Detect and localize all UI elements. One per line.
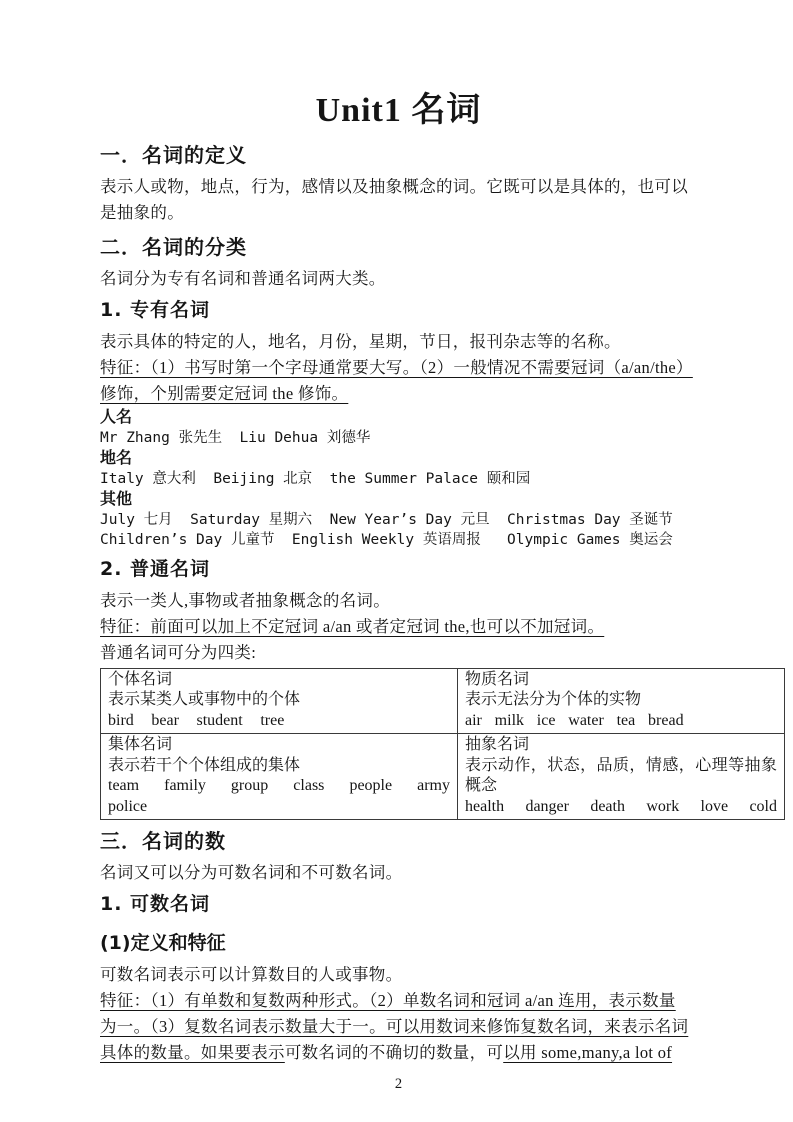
noun-type-description: 表示无法分为个体的实物 [465, 690, 777, 711]
noun-type-examples: police [108, 797, 450, 818]
noun-type-description: 表示动作，状态，品质，情感，心理等抽象概念 [465, 756, 777, 797]
countable-noun-description: 可数名词表示可以计算数目的人或事物。 [100, 962, 697, 988]
noun-type-name: 物质名词 [465, 670, 777, 691]
subsection-heading-common-nouns: 2. 普通名词 [100, 557, 697, 582]
classification-intro: 名词分为专有名词和普通名词两大类。 [100, 266, 697, 292]
noun-type-examples: air milk ice water tea bread [465, 711, 777, 732]
proper-noun-feature-line: 特征：（1）书写时第一个字母通常要大写。（2）一般情况不需要冠词（a/an/th… [100, 355, 697, 381]
common-noun-feature: 特征：前面可以加上不定冠词 a/an 或者定冠词 the,也可以不加冠词。 [100, 614, 697, 640]
material-noun-cell: 物质名词 表示无法分为个体的实物 air milk ice water tea … [458, 668, 785, 734]
feature-plain-segment: 可数名词的不确切的数量，可 [285, 1043, 503, 1062]
feature-underlined-segment: 以用 some,many,a lot of [503, 1043, 672, 1062]
noun-type-examples: health danger death work love cold [465, 797, 777, 818]
other-names-label: 其他 [100, 489, 697, 510]
place-names-examples: Italy 意大利 Beijing 北京 the Summer Palace 颐… [100, 469, 697, 490]
definition-body-line: 是抽象的。 [100, 200, 697, 226]
noun-type-examples: team family group class people army [108, 776, 450, 797]
abstract-noun-cell: 抽象名词 表示动作，状态，品质，情感，心理等抽象概念 health danger… [458, 734, 785, 820]
common-noun-table-intro: 普通名词可分为四类: [100, 640, 697, 666]
feature-underlined-segment: 具体的数量。如果要表示 [100, 1043, 285, 1062]
noun-type-examples: bird bear student tree [108, 711, 450, 732]
countable-feature-line: 特征：（1）有单数和复数两种形式。（2）单数名词和冠词 a/an 连用，表示数量 [100, 988, 697, 1014]
proper-noun-description: 表示具体的特定的人，地名，月份，星期，节日，报刊杂志等的名称。 [100, 329, 697, 355]
person-names-examples: Mr Zhang 张先生 Liu Dehua 刘德华 [100, 428, 697, 449]
page-content: Unit1 名词 一．名词的定义 表示人或物，地点，行为，感情以及抽象概念的词。… [100, 0, 697, 1094]
noun-type-name: 个体名词 [108, 670, 450, 691]
noun-type-name: 集体名词 [108, 735, 450, 756]
page-number: 2 [100, 1074, 697, 1094]
section-heading-noun-definition: 一．名词的定义 [100, 142, 697, 168]
noun-type-description: 表示某类人或事物中的个体 [108, 690, 450, 711]
table-row: 个体名词 表示某类人或事物中的个体 bird bear student tree… [101, 668, 785, 734]
countable-definition-heading: (1)定义和特征 [100, 931, 697, 956]
document-page: Unit1 名词 一．名词的定义 表示人或物，地点，行为，感情以及抽象概念的词。… [0, 0, 793, 1122]
page-title: Unit1 名词 [100, 90, 697, 132]
definition-body-line: 表示人或物，地点，行为，感情以及抽象概念的词。它既可以是具体的，也可以 [100, 174, 697, 200]
subsection-heading-proper-nouns: 1. 专有名词 [100, 298, 697, 323]
person-names-label: 人名 [100, 407, 697, 428]
individual-noun-cell: 个体名词 表示某类人或事物中的个体 bird bear student tree [101, 668, 458, 734]
common-noun-description: 表示一类人,事物或者抽象概念的名词。 [100, 588, 697, 614]
table-row: 集体名词 表示若干个个体组成的集体 team family group clas… [101, 734, 785, 820]
other-names-examples: July 七月 Saturday 星期六 New Year’s Day 元旦 C… [100, 510, 697, 531]
subsection-heading-countable-nouns: 1. 可数名词 [100, 892, 697, 917]
noun-type-description: 表示若干个个体组成的集体 [108, 756, 450, 777]
section-heading-noun-classification: 二．名词的分类 [100, 234, 697, 260]
noun-type-name: 抽象名词 [465, 735, 777, 756]
common-noun-types-table: 个体名词 表示某类人或事物中的个体 bird bear student tree… [100, 668, 785, 821]
other-names-examples: Children’s Day 儿童节 English Weekly 英语周报 O… [100, 530, 697, 551]
countable-feature-line: 为一。（3）复数名词表示数量大于一。可以用数词来修饰复数名词，来表示名词 [100, 1014, 697, 1040]
countable-feature-line: 具体的数量。如果要表示可数名词的不确切的数量，可以用 some,many,a l… [100, 1040, 697, 1066]
place-names-label: 地名 [100, 448, 697, 469]
collective-noun-cell: 集体名词 表示若干个个体组成的集体 team family group clas… [101, 734, 458, 820]
section-heading-noun-number: 三．名词的数 [100, 828, 697, 854]
proper-noun-feature-line: 修饰，个别需要定冠词 the 修饰。 [100, 381, 697, 407]
noun-number-intro: 名词又可以分为可数名词和不可数名词。 [100, 860, 697, 886]
